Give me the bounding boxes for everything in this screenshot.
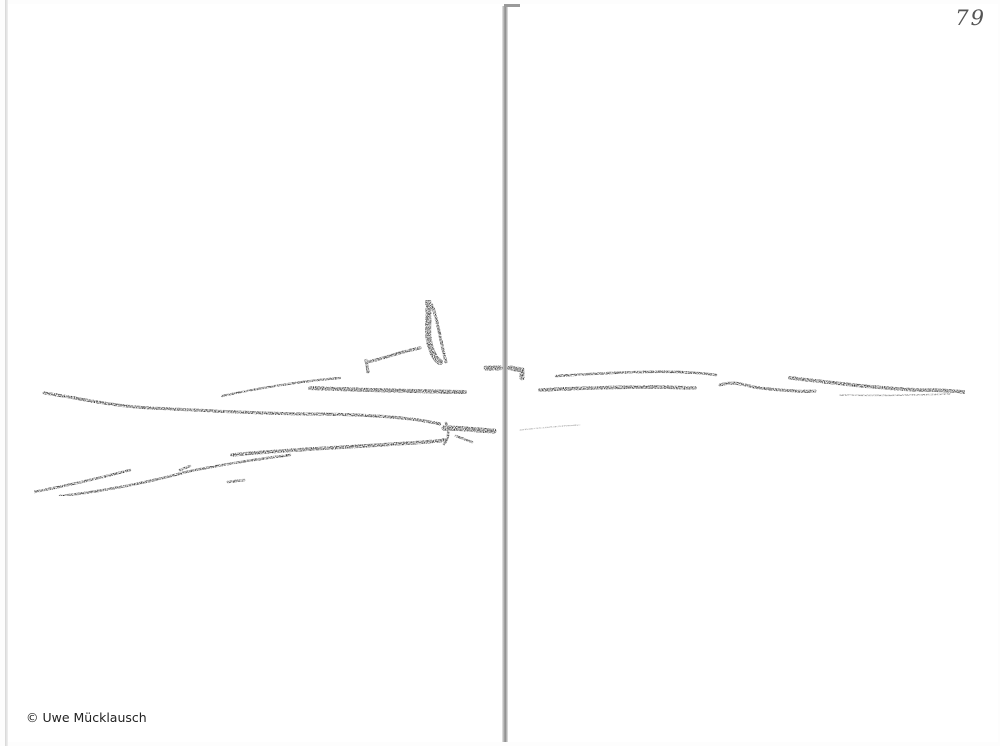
building-stroke bbox=[486, 368, 522, 378]
charcoal-landscape-drawing bbox=[0, 0, 1000, 746]
sketch-strokes bbox=[34, 300, 965, 496]
page-number: 79 bbox=[955, 6, 986, 30]
sketchbook-spread: 79 © Uwe Mücklausch bbox=[0, 0, 1000, 746]
horizon-line bbox=[44, 393, 440, 424]
copyright-notice: © Uwe Mücklausch bbox=[26, 710, 147, 725]
